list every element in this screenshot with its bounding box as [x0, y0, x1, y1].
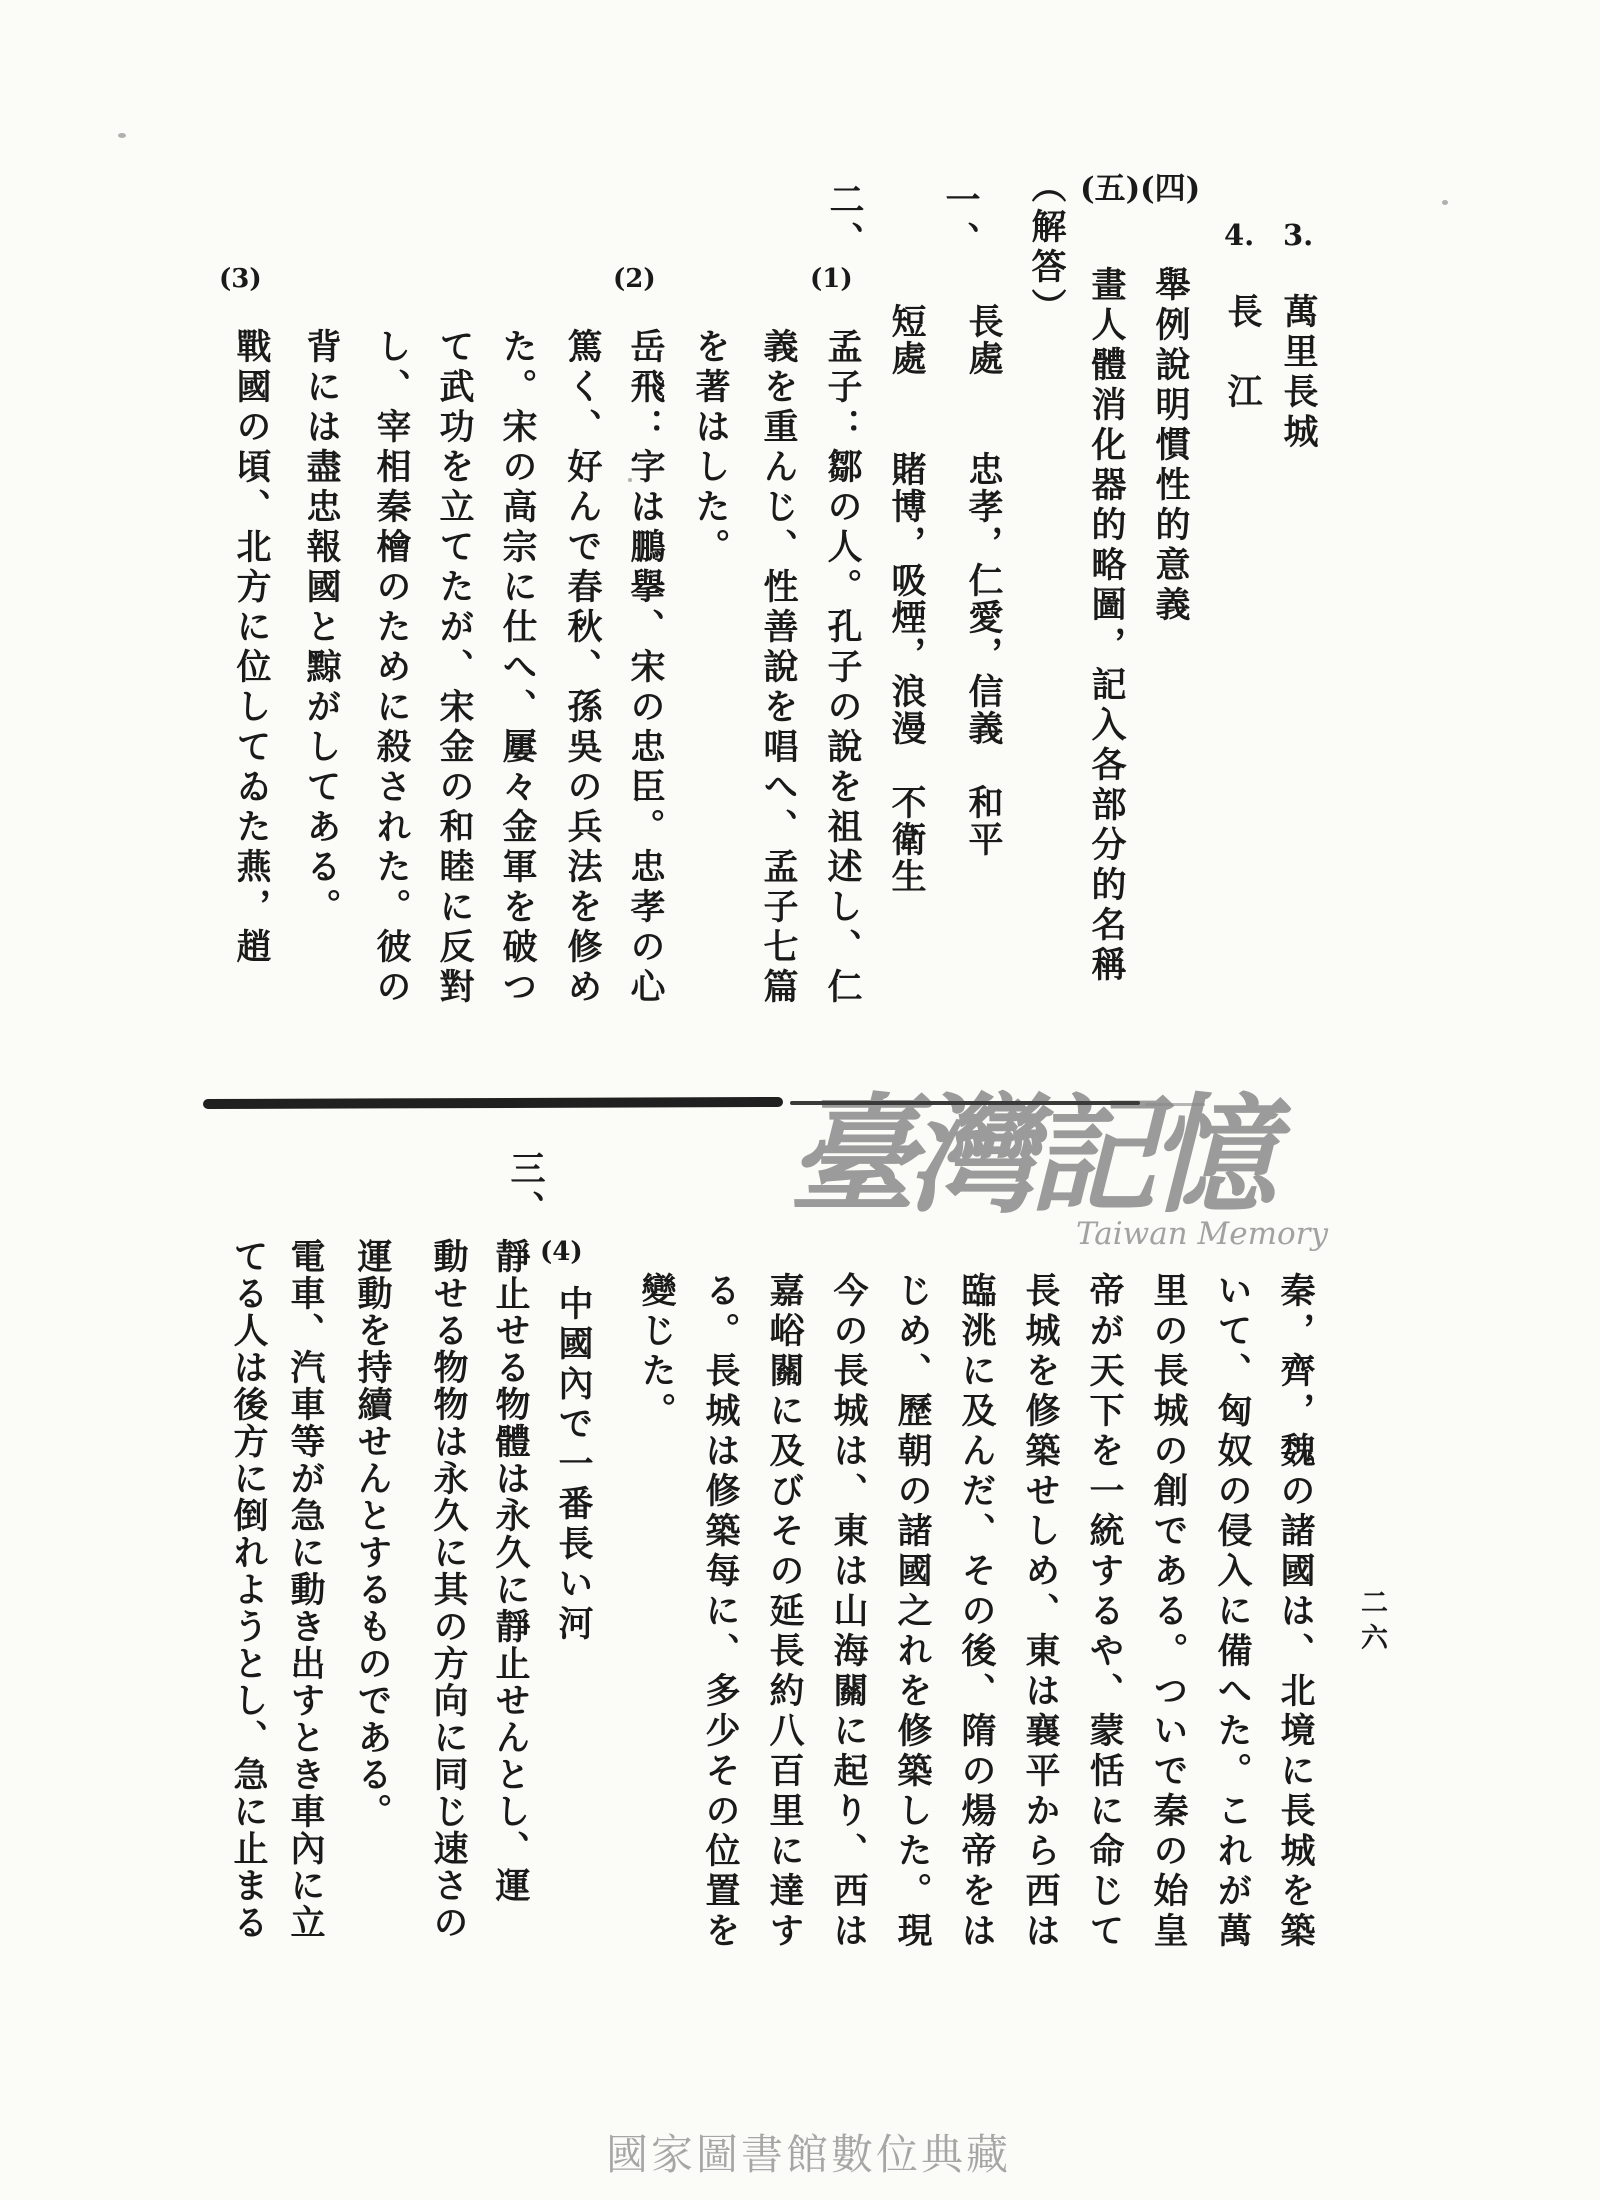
answer-two-item3-label: (3): [219, 264, 262, 294]
answer-one-strengths-column: 長處 忠孝，仁愛，信義 和平: [963, 303, 1003, 858]
question-text-5: 畫人體消化器的略圖，記入各部分的名稱: [1086, 266, 1126, 986]
question-label-5: (五): [1080, 163, 1140, 208]
footer-archive-text: 國家圖書館數位典藏: [606, 2122, 1011, 2182]
answer-two-item2-label: (2): [613, 264, 656, 294]
answer-two-marker: 二、: [824, 181, 864, 261]
answer-two-item3-continuation-column: 嘉峪關に及びその延長約八百里に達す: [764, 1272, 804, 1952]
question-label-4: (四): [1140, 163, 1200, 208]
ink-speck: [1442, 200, 1448, 205]
exercise-item-title-3: 萬里長城: [1278, 293, 1318, 453]
answer-two-item3-continuation-column: 帝が天下を一統するや、蒙恬に命じて: [1084, 1272, 1124, 1952]
answer-two-item2-column: 背には盡忠報國と黥がしてある。: [301, 328, 341, 928]
scanned-document-page: 3. 萬里長城 4. 長 江 (四) 舉例說明慣性的意義 (五) 畫人體消化器的…: [0, 0, 1600, 2200]
divider-smudge-line: [1145, 1103, 1205, 1106]
solution-section-label: （解答）: [1026, 168, 1066, 328]
answer-two-item3-continuation-column: 臨洮に及んだ、その後、隋の煬帝をは: [956, 1272, 996, 1952]
answer-two-item2-column: て武功を立てたが、宋金の和睦に反對: [434, 328, 474, 1008]
answer-two-item3-continuation-column: いて、匈奴の侵入に備へた。これが萬: [1212, 1272, 1252, 1952]
answer-two-item2-column: 篤く、好んで春秋、孫吳の兵法を修め: [562, 328, 602, 1008]
answer-two-item3-continuation-column: る。長城は修築每に、多少その位置を: [700, 1272, 740, 1952]
answer-two-item4-label: (4): [540, 1237, 583, 1267]
exercise-item-number-3: 3.: [1283, 218, 1313, 252]
exercise-item-number-4: 4.: [1224, 218, 1254, 252]
divider-smudge-line: [203, 1097, 783, 1109]
answer-two-item3-continuation-column: じめ、歷朝の諸國之れを修築した。現: [892, 1272, 932, 1952]
answer-two-item1-column: 孟子：鄒の人。孔子の說を祖述し、仁: [822, 328, 862, 1008]
answer-two-item3-column: 戰國の頃、北方に位してゐた燕，趙: [231, 328, 271, 968]
answer-one-marker: 一、: [940, 181, 980, 261]
answer-two-item3-continuation-column: 今の長城は、東は山海關に起り、西は: [828, 1272, 868, 1952]
divider-smudge-line: [790, 1101, 1140, 1105]
answer-two-item1-column: 義を重んじ、性善說を唱へ、孟子七篇: [758, 328, 798, 1008]
page-number: 二六: [1352, 1588, 1391, 1658]
answer-one-weaknesses-column: 短處 賭博，吸煙，浪漫 不衛生: [886, 303, 926, 895]
ink-speck: [628, 478, 632, 482]
answer-three-column: 運動を持續せんとするものである。: [352, 1238, 392, 1830]
answer-two-item4-column: 中國內で一番長い河: [553, 1285, 593, 1645]
answer-two-item3-continuation-column: 長城を修築せしめ、東は襄平から西は: [1020, 1272, 1060, 1952]
answer-two-item1-column: を著はした。: [690, 328, 730, 568]
answer-two-item3-continuation-column: 里の長城の創である。ついで秦の始皇: [1148, 1272, 1188, 1952]
answer-two-item3-continuation-column: 秦，齊，魏の諸國は、北境に長城を築: [1275, 1272, 1315, 1952]
ink-speck: [118, 133, 126, 138]
answer-two-item2-column: た。宋の高宗に仕へ、屢々金軍を破つ: [497, 328, 537, 1008]
answer-three-column: 動せる物物は永久に其の方向に同じ速さの: [428, 1238, 468, 1941]
answer-two-item1-label: (1): [810, 264, 853, 294]
answer-three-marker: 三、: [505, 1150, 545, 1230]
answer-two-item3-continuation-column: 變じた。: [636, 1272, 676, 1432]
answer-three-column: 靜止せる物體は永久に靜止せんとし、運: [490, 1238, 530, 1904]
exercise-item-title-4: 長 江: [1222, 293, 1262, 413]
answer-three-column: 電車、汽車等が急に動き出すとき車內に立: [285, 1238, 325, 1941]
answer-three-column: てる人は後方に倒れようとし、急に止まる: [228, 1238, 268, 1941]
question-text-4: 舉例說明慣性的意義: [1150, 266, 1190, 626]
watermark-cjk-text: 臺灣記憶: [788, 1092, 1268, 1220]
answer-two-item2-column: 岳飛：字は鵬擧、宋の忠臣。忠孝の心: [625, 328, 665, 1008]
answer-two-item2-column: し、宰相秦檜のために殺された。彼の: [371, 328, 411, 1008]
watermark-latin-text: Taiwan Memory: [1076, 1216, 1328, 1252]
